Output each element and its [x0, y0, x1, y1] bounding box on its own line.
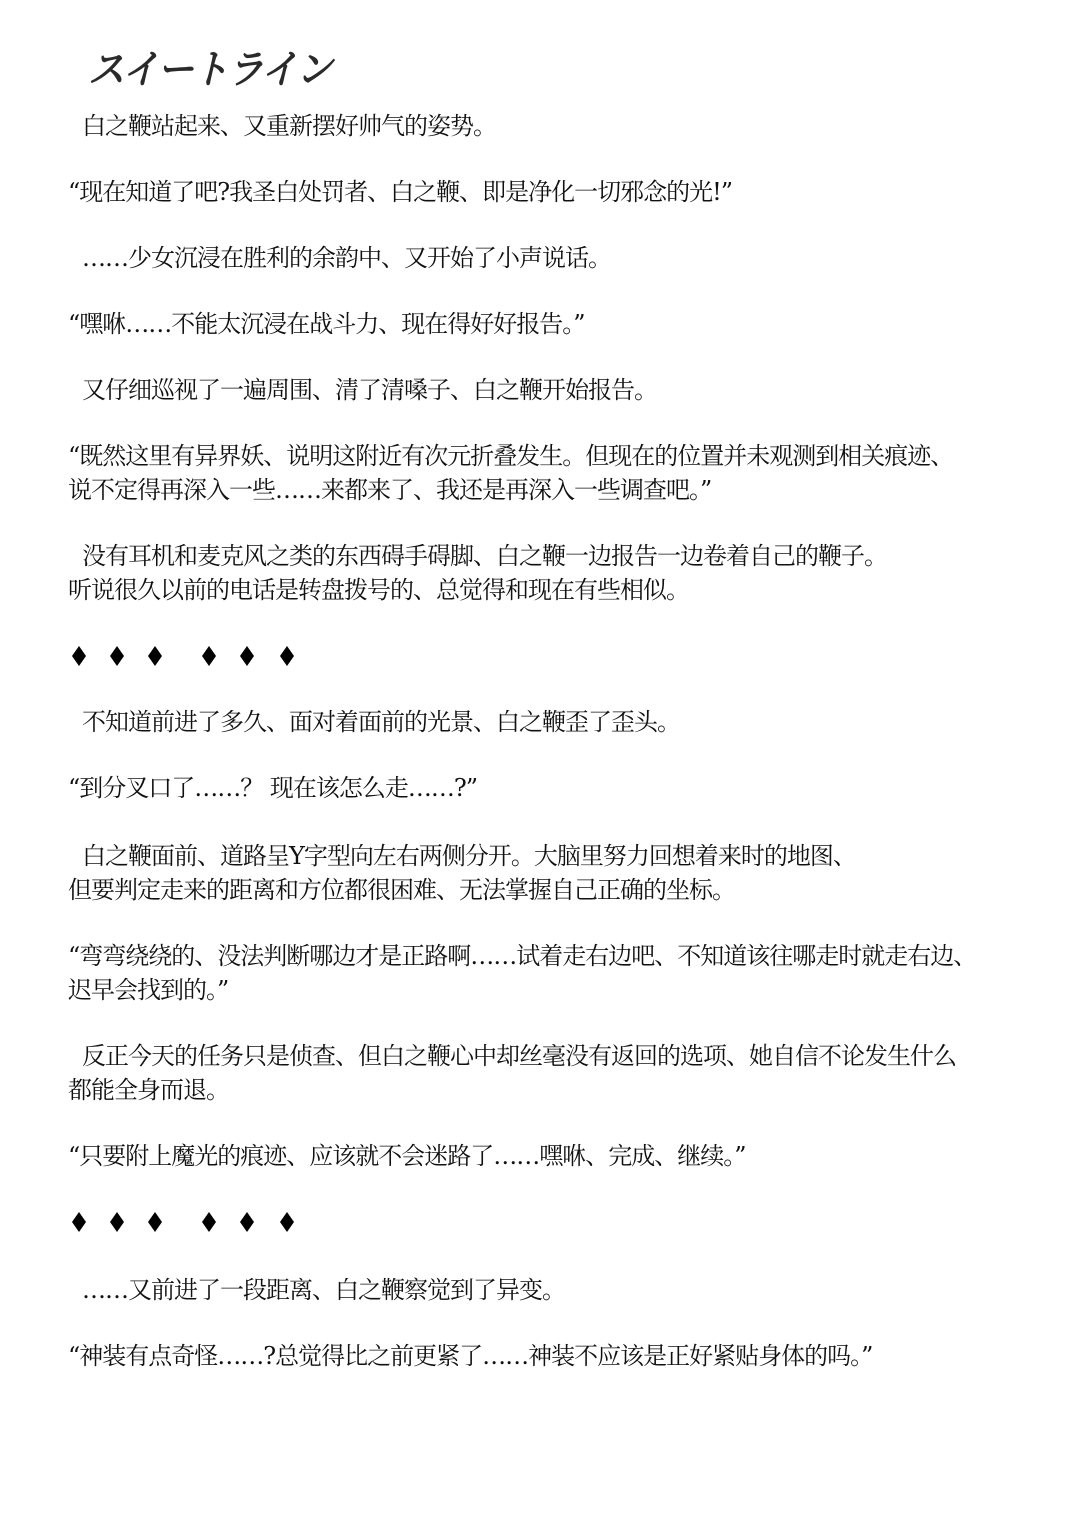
paragraph-line: 都能全身而退。 [68, 1074, 229, 1106]
paragraph-line: 听说很久以前的电话是转盘拨号的、总觉得和现在有些相似。 [68, 574, 689, 606]
paragraph-line: ……少女沉浸在胜利的余韵中、又开始了小声说话。 [82, 242, 611, 274]
paragraph-line: 白之鞭面前、道路呈Y字型向左右两侧分开。大脑里努力回想着来时的地图、 [82, 840, 856, 872]
diamond-icon [240, 1212, 254, 1232]
diamond-icon [148, 1212, 162, 1232]
paragraph-line: 又仔细巡视了一遍周围、清了清嗓子、白之鞭开始报告。 [82, 374, 657, 406]
diamond-icon [110, 1212, 124, 1232]
diamond-icon [110, 646, 124, 666]
diamond-icon [72, 646, 86, 666]
paragraph-line: “只要附上魔光的痕迹、应该就不会迷路了……嘿咻、完成、继续。” [68, 1140, 746, 1172]
diamond-icon [280, 646, 294, 666]
paragraph-line: ……又前进了一段距离、白之鞭察觉到了异变。 [82, 1274, 565, 1306]
diamond-icon [240, 646, 254, 666]
paragraph-line: “嘿咻……不能太沉浸在战斗力、现在得好好报告。” [68, 308, 585, 340]
diamond-icon [202, 1212, 216, 1232]
paragraph-line: 不知道前进了多久、面对着面前的光景、白之鞭歪了歪头。 [82, 706, 680, 738]
paragraph-line: 没有耳机和麦克风之类的东西碍手碍脚、白之鞭一边报告一边卷着自己的鞭子。 [82, 540, 887, 572]
diamond-icon [72, 1212, 86, 1232]
paragraph-line: 但要判定走来的距离和方位都很困难、无法掌握自己正确的坐标。 [68, 874, 735, 906]
paragraph-line: 白之鞭站起来、又重新摆好帅气的姿势。 [82, 110, 496, 142]
paragraph-line: “神装有点奇怪……?总觉得比之前更紧了……神装不应该是正好紧贴身体的吗。” [68, 1340, 872, 1372]
paragraph-line: “弯弯绕绕的、没法判断哪边才是正路啊……试着走右边吧、不知道该往哪走时就走右边、 [68, 940, 976, 972]
paragraph-line: 说不定得再深入一些……来都来了、我还是再深入一些调查吧。” [68, 474, 711, 506]
paragraph-line: “现在知道了吧?我圣白处罚者、白之鞭、即是净化一切邪念的光!” [68, 176, 732, 208]
paragraph-line: 反正今天的任务只是侦查、但白之鞭心中却丝毫没有返回的选项、她自信不论发生什么 [82, 1040, 956, 1072]
diamond-icon [280, 1212, 294, 1232]
logo: スイートライン [88, 38, 331, 95]
paragraph-line: “到分叉口了……？ 现在该怎么走……?” [68, 772, 477, 804]
paragraph-line: “既然这里有异界妖、说明这附近有次元折叠发生。但现在的位置并未观测到相关痕迹、 [68, 440, 953, 472]
diamond-icon [202, 646, 216, 666]
paragraph-line: 迟早会找到的。” [68, 974, 228, 1006]
diamond-icon [148, 646, 162, 666]
